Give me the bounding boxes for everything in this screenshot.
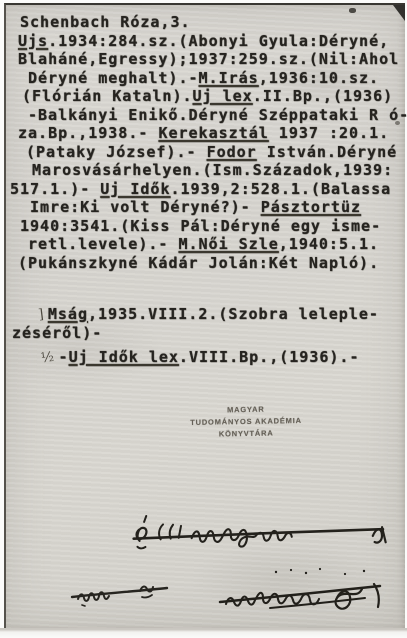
text-segment: Mság [48,305,88,323]
text-segment: Marosvásárhelyen.(Ism.Századok,1939: [32,161,393,179]
typed-line: 517.1.)- Uj Idők.1939,2:528.1.(Balassa [10,180,407,199]
library-stamp: MAGYAR TUDOMÁNYOS AKADÉMIA KÖNYVTÁRA [184,403,309,441]
text-segment: 1937 :20.1. [269,124,389,142]
catalog-card: Schenbach Róza,3.Ujs.1934:284.sz.(Abonyi… [4,3,405,629]
text-segment: Kerekasztál [158,124,268,142]
typed-line: Imre:Ki volt Déryné?)- Pásztortüz [30,198,407,217]
text-segment: ,1936:10.sz. [259,69,379,87]
scanned-catalog-card-page: Schenbach Róza,3.Ujs.1934:284.sz.(Abonyi… [0,0,407,638]
text-segment: Imre:Ki volt Déryné?)- [30,198,261,216]
handwritten-scribble-crossed-out-1 [129,496,392,559]
typed-line: Déryné meghalt).-M.Irás,1936:10.sz. [28,69,407,88]
text-segment: ,1935.VIII.2.(Szobra leleple- [88,305,379,323]
text-segment: zéséről)- [12,324,102,342]
text-segment: ,1940:5.1. [279,235,379,253]
stamp-line: KÖNYVTÁRA [184,427,308,441]
scan-bottom-edge [0,628,407,638]
text-segment: retl.levele).- [28,235,178,253]
typed-line: Ujs.1934:284.sz.(Abonyi Gyula:Déryné, [18,32,407,51]
typed-line: ]Mság,1935.VIII.2.(Szobra leleple- [38,305,379,324]
text-segment: Déryné meghalt).- [28,69,199,87]
typed-line: (Flórián Kataln).Uj lex.II.Bp.,(1936) [22,87,407,106]
text-segment: (Pataky József).- [26,143,207,161]
text-segment: (Pukánszkyné Kádár Jolán:Két Napló). [18,254,379,272]
text-segment: Pásztortüz [261,198,361,216]
typed-line: Schenbach Róza,3. [20,13,407,32]
text-segment: .II.Bp.,(1936) [253,87,393,105]
text-segment: M.Női Szle [178,235,278,253]
text-segment: .1934:284.sz.(Abonyi Gyula:Déryné, [48,32,389,50]
handwritten-scribble-crossed-out-2 [68,573,174,609]
text-segment: Fodor [207,143,257,161]
text-segment: M.Irás [199,69,259,87]
text-segment: Uj Idők lex [69,348,179,366]
text-segment: Blaháné,Egressy);1937:259.sz.(Nil:Ahol [18,50,399,68]
text-segment: za.Bp.,1938.- [18,124,158,142]
typed-bibliography-block: Schenbach Róza,3.Ujs.1934:284.sz.(Abonyi… [18,13,407,272]
text-segment: (Flórián Kataln). [22,87,193,105]
handwritten-mark: ½ [40,348,56,366]
stamp-line: TUDOMÁNYOS AKADÉMIA [184,415,308,429]
text-segment: 1940:3541.(Kiss Pál:Déryné egy isme- [20,217,381,235]
text-segment: .VIII.Bp.,(1936).- [179,348,360,366]
text-segment: 517.1.)- [10,180,100,198]
text-segment: Uj lex [193,87,253,105]
handwritten-scribble-crossed-out-3 [214,565,388,615]
typed-line: Marosvásárhelyen.(Ism.Századok,1939: [32,161,407,180]
typed-line: (Pataky József).- Fodor István.Déryné [26,143,407,162]
typed-line: Blaháné,Egressy);1937:259.sz.(Nil:Ahol [18,50,407,69]
text-segment: - [59,348,69,366]
typed-line: (Pukánszkyné Kádár Jolán:Két Napló). [18,254,407,273]
typed-line: 1940:3541.(Kiss Pál:Déryné egy isme- [20,217,407,236]
text-segment: .1939,2:528.1.(Balassa [171,180,392,198]
addendum-note-block: ]Mság,1935.VIII.2.(Szobra leleple-zésérő… [18,305,379,342]
text-segment: István.Déryné [257,143,397,161]
typed-line: -Balkányi Enikő.Déryné Széppataki R ó- [28,106,407,125]
text-segment: Uj Idők [100,180,170,198]
typed-line: zéséről)- [12,324,379,343]
text-segment: Schenbach Róza,3. [20,13,191,31]
handwritten-mark: ] [37,306,45,323]
typed-line: za.Bp.,1938.- Kerekasztál 1937 :20.1. [18,124,407,143]
text-segment: -Balkányi Enikő.Déryné Széppataki R ó- [28,106,407,124]
text-segment: Ujs [18,32,48,50]
typed-line: ½-Uj Idők lex.VIII.Bp.,(1936).- [40,348,359,367]
reference-line-block: ½-Uj Idők lex.VIII.Bp.,(1936).- [18,348,359,367]
typed-line: retl.levele).- M.Női Szle,1940:5.1. [28,235,407,254]
